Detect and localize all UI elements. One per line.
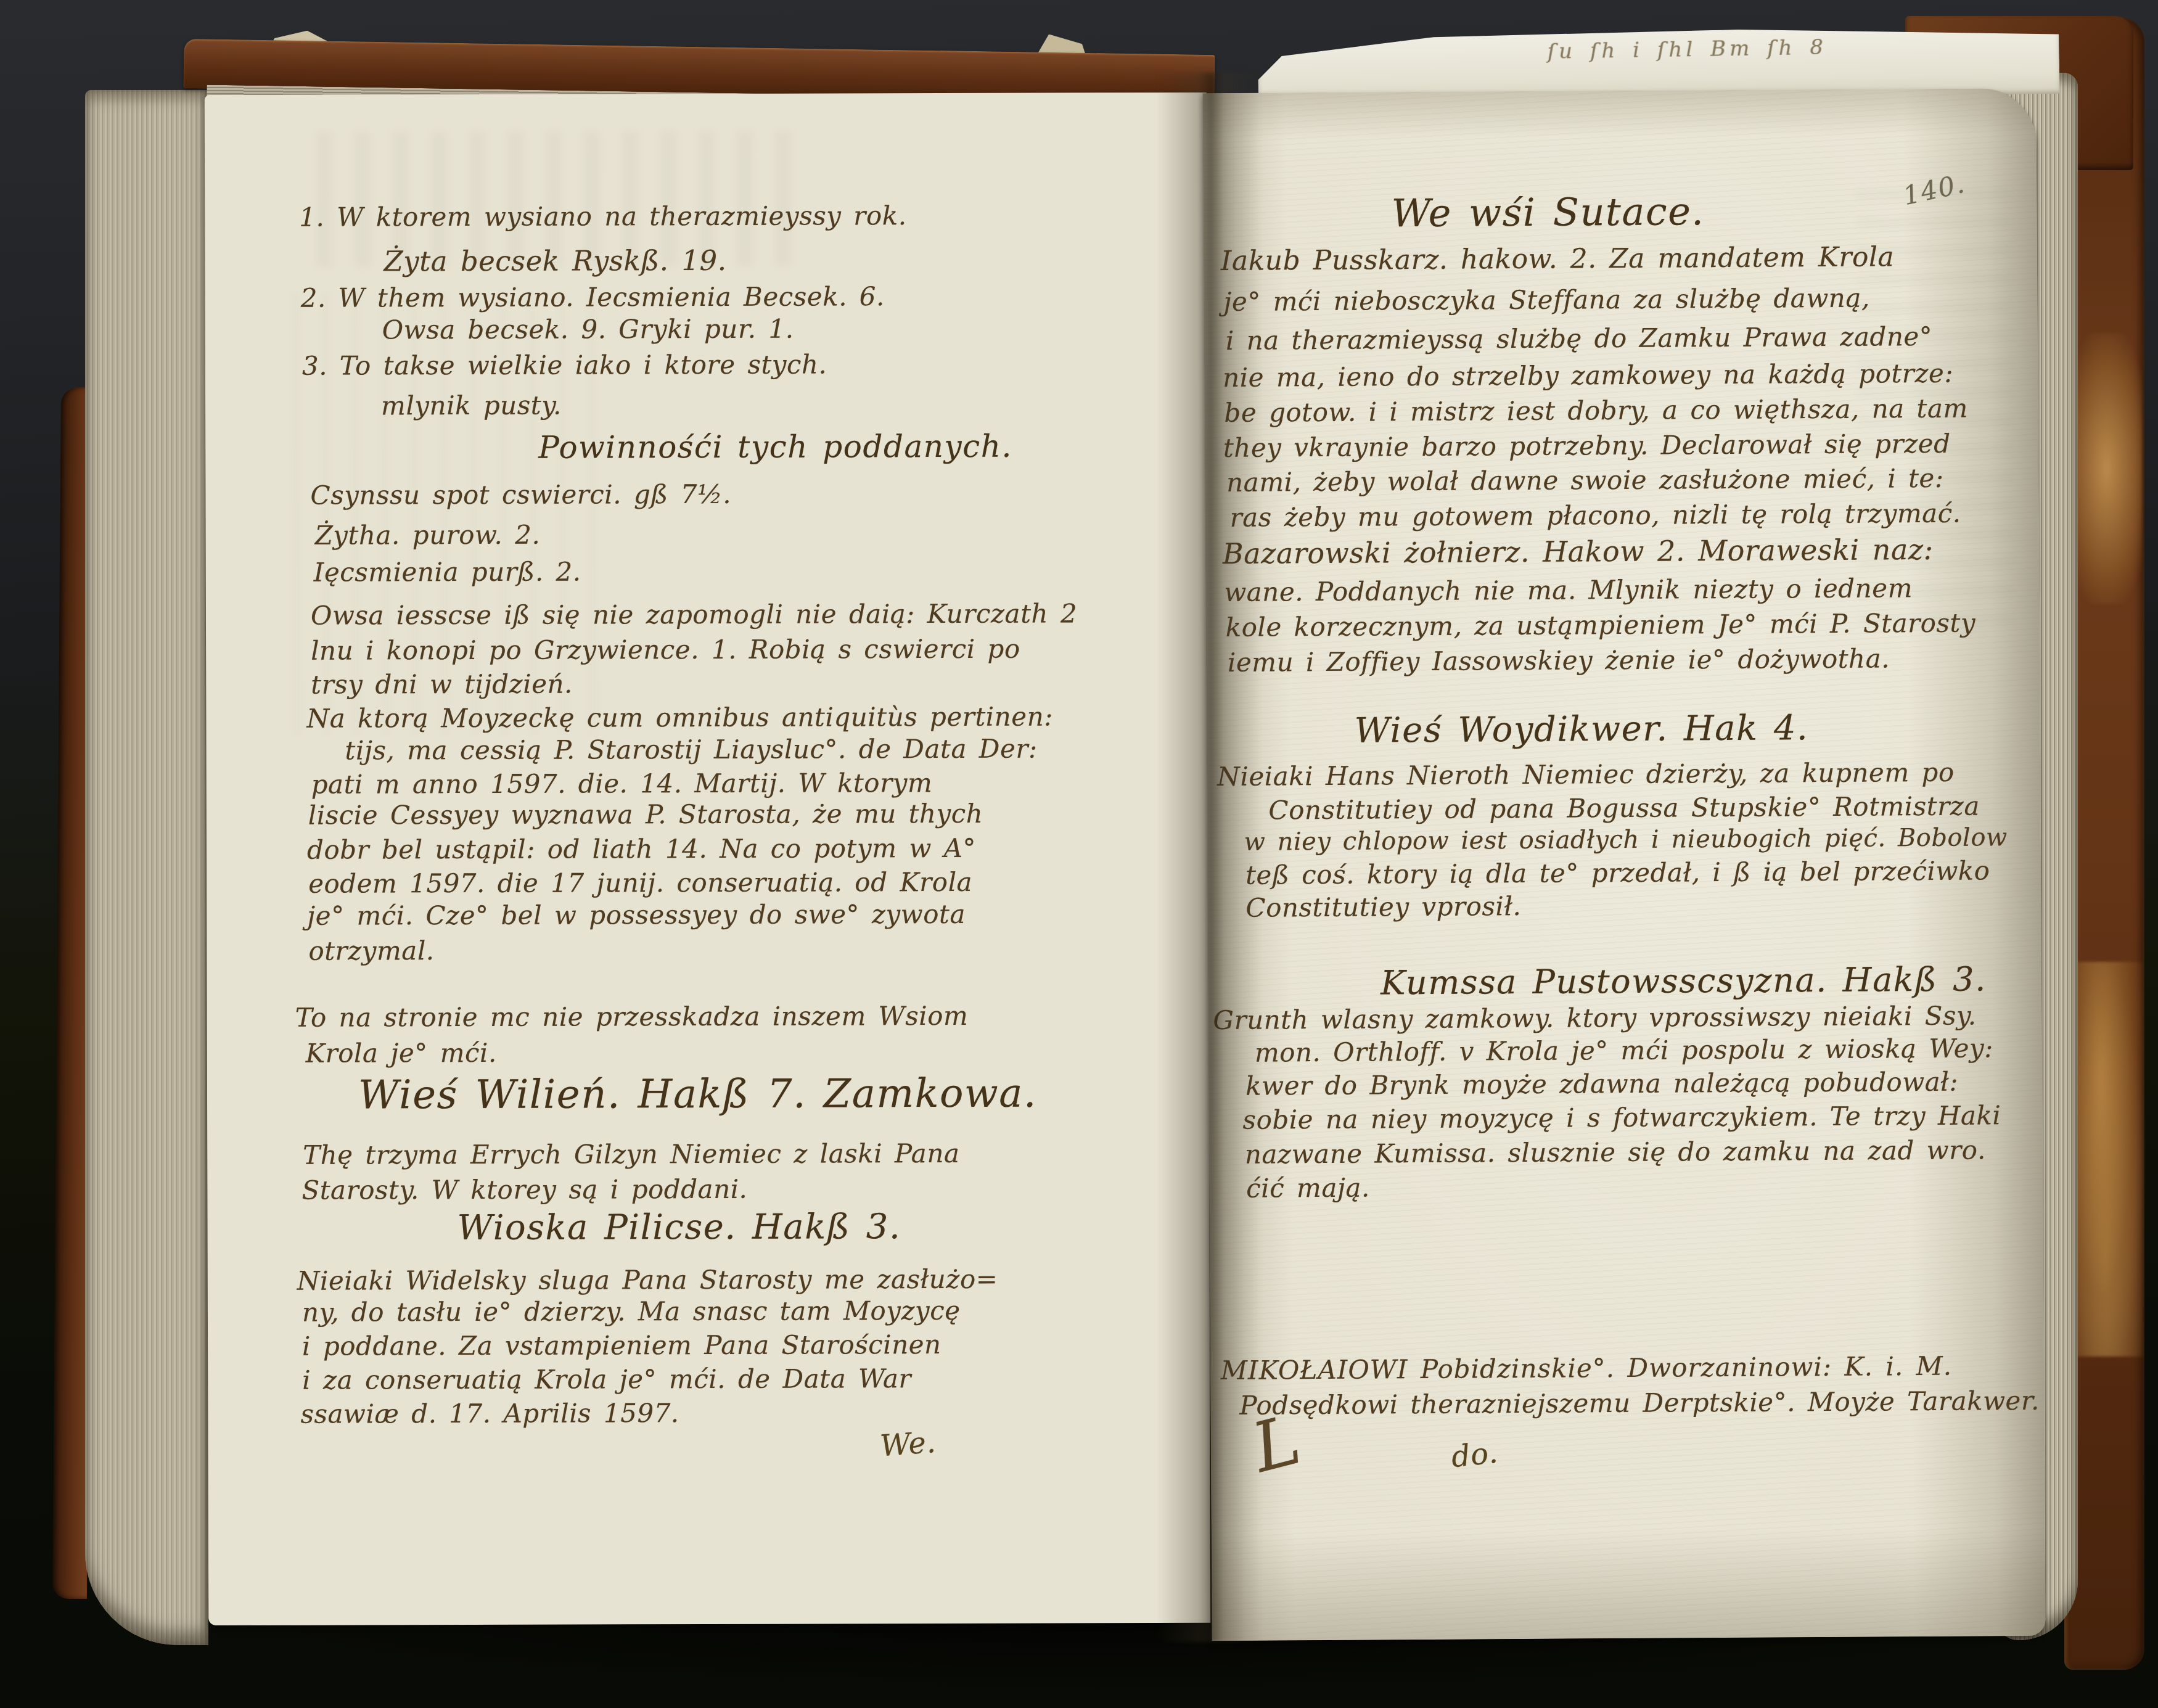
section-heading: Wioska Pilicse. Hakß 3.: [457, 1208, 901, 1248]
manuscript-line: kwer do Brynk moyże zdawna należącą pobu…: [1245, 1067, 1958, 1101]
manuscript-line: je° mći. Cze° bel w possessyey do swe° z…: [307, 900, 966, 930]
manuscript-line: Constitutiey od pana Bogussa Stupskie° R…: [1268, 791, 1980, 824]
manuscript-line: 1. W ktorem wysiano na therazmieyssy rok…: [299, 201, 906, 232]
catchword: do.: [1450, 1436, 1500, 1474]
section-heading: Kumssa Pustowsscsyzna. Hakß 3.: [1381, 961, 1987, 1001]
manuscript-line: tijs, ma cessią P. Starostij Liaysluc°. …: [345, 734, 1037, 765]
manuscript-line: ny, do tasłu ie° dzierzy. Ma snasc tam M…: [302, 1296, 961, 1327]
manuscript-line: dobr bel ustąpil: od liath 14. Na co pot…: [307, 834, 976, 864]
manuscript-line: teß coś. ktory ią dla te° przedał, i ß i…: [1245, 856, 1990, 889]
manuscript-line: Thę trzyma Errych Gilzyn Niemiec z laski…: [303, 1139, 959, 1170]
manuscript-line: i poddane. Za vstampieniem Pana Starości…: [302, 1330, 942, 1361]
manuscript-line: iemu i Zoffiey Iassowskiey żenie ie° doż…: [1228, 644, 1890, 677]
manuscript-line: nami, żeby wolał dawne swoie zasłużone m…: [1226, 464, 1944, 497]
manuscript-line: be gotow. i i mistrz iest dobry, a co wi…: [1224, 394, 1968, 427]
manuscript-line: kole korzecznym, za ustąmpieniem Je° mći…: [1225, 609, 1975, 642]
manuscript-line: eodem 1597. die 17 junij. conseruatią. o…: [308, 868, 972, 898]
manuscript-line: Na ktorą Moyzeckę cum omnibus antiquitùs…: [306, 702, 1053, 733]
manuscript-line: Nieiaki Widelsky sluga Pana Starosty me …: [297, 1265, 998, 1295]
manuscript-line: liscie Cessyey wyznawa P. Starosta, że m…: [308, 799, 983, 830]
section-heading: Powinnośći tych poddanych.: [538, 429, 1012, 465]
manuscript-line: Constitutiey vprosił.: [1245, 892, 1521, 922]
manuscript-line: Csynssu spot cswierci. gß 7½.: [310, 480, 731, 510]
manuscript-line: Owsa iesscse iß się nie zapomogli nie da…: [311, 599, 1077, 630]
manuscript-line: nie ma, ieno do strzelby zamkowey na każ…: [1223, 359, 1953, 392]
manuscript-line: Żytha. purow. 2.: [315, 520, 541, 550]
manuscript-line: w niey chlopow iest osiadłych i nieubogi…: [1244, 824, 2008, 856]
section-heading: Wieś Woydikwer. Hak 4.: [1354, 709, 1808, 750]
section-heading: We wśi Sutace.: [1391, 190, 1704, 235]
manuscript-line: lnu i konopi po Grzywience. 1. Robią s c…: [311, 634, 1020, 665]
edge-inscription: ſu ſh i ſhl Bm ſh 8: [1547, 36, 1827, 64]
left-page: 1. W ktorem wysiano na therazmieyssy rok…: [205, 92, 1210, 1625]
manuscript-line: trsy dni w tijdzień.: [311, 670, 573, 699]
manuscript-line: Starosty. W ktorey są i poddani.: [302, 1175, 747, 1205]
manuscript-line: 2. W them wysiano. Iecsmienia Becsek. 6.: [301, 282, 885, 313]
manuscript-line: Podsędkowi therazniejszemu Derptskie°. M…: [1239, 1386, 2040, 1420]
section-heading: Wieś Wilień. Hakß 7. Zamkowa.: [358, 1072, 1037, 1119]
manuscript-line: ras żeby mu gotowem płacono, nizli tę ro…: [1229, 499, 1961, 532]
manuscript-line: mon. Orthloff. v Krola je° mći pospolu z…: [1255, 1033, 1993, 1067]
gutter-shadow: [1157, 73, 1262, 1642]
manuscript-photo-scene: ſu ſh i ſhl Bm ſh 8 1. W ktorem wysiano …: [0, 0, 2158, 1708]
manuscript-line: ćić mają.: [1246, 1173, 1370, 1203]
right-page: 140. We wśi Sutace. Iakub Pusskarz. hako…: [1202, 88, 2045, 1641]
manuscript-line: MIKOŁAIOWI Pobidzinskie°. Dworzaninowi: …: [1221, 1352, 1952, 1385]
manuscript-line: i za conseruatią Krola je° mći. de Data …: [302, 1364, 911, 1395]
manuscript-line: Bazarowski żołnierz. Hakow 2. Moraweski …: [1223, 534, 1934, 570]
manuscript-line: Krola je° mći.: [306, 1038, 497, 1068]
manuscript-line: mlynik pusty.: [381, 391, 562, 421]
manuscript-line: Żyta becsek Ryskß. 19.: [384, 245, 726, 277]
manuscript-line: 3. To takse wielkie iako i ktore stych.: [302, 350, 827, 380]
catchword: We.: [879, 1426, 937, 1463]
manuscript-line: Iakub Pusskarz. hakow. 2. Za mandatem Kr…: [1221, 242, 1894, 276]
manuscript-line: Owsa becsek. 9. Gryki pur. 1.: [382, 314, 794, 345]
manuscript-line: To na stronie mc nie przesskadza inszem …: [295, 1001, 969, 1032]
manuscript-line: otrzymal.: [308, 936, 434, 966]
manuscript-line: they vkraynie barzo potrzebny. Declarowa…: [1223, 429, 1951, 462]
manuscript-line: Nieiaki Hans Nieroth Niemiec dzierży, za…: [1217, 758, 1955, 791]
manuscript-line: Ięcsmienia purß. 2.: [314, 557, 581, 587]
manuscript-line: sobie na niey moyzycę i s fotwarczykiem.…: [1242, 1101, 2001, 1135]
manuscript-line: i na therazmieyssą slużbę do Zamku Prawa…: [1226, 322, 1933, 355]
manuscript-line: je° mći niebosczyka Steffana za slużbę d…: [1223, 284, 1870, 316]
manuscript-line: Grunth wlasny zamkowy. ktory vprossiwszy…: [1213, 1001, 1976, 1035]
manuscript-line: nazwane Kumissa. slusznie się do zamku n…: [1245, 1135, 1986, 1168]
manuscript-line: ssawiæ d. 17. Aprilis 1597.: [300, 1398, 679, 1429]
left-fore-edge-stack: [85, 90, 208, 1645]
manuscript-line: pati m anno 1597. die. 14. Martij. W kto…: [311, 768, 933, 799]
manuscript-line: wane. Poddanych nie ma. Mlynik niezty o …: [1224, 573, 1913, 607]
